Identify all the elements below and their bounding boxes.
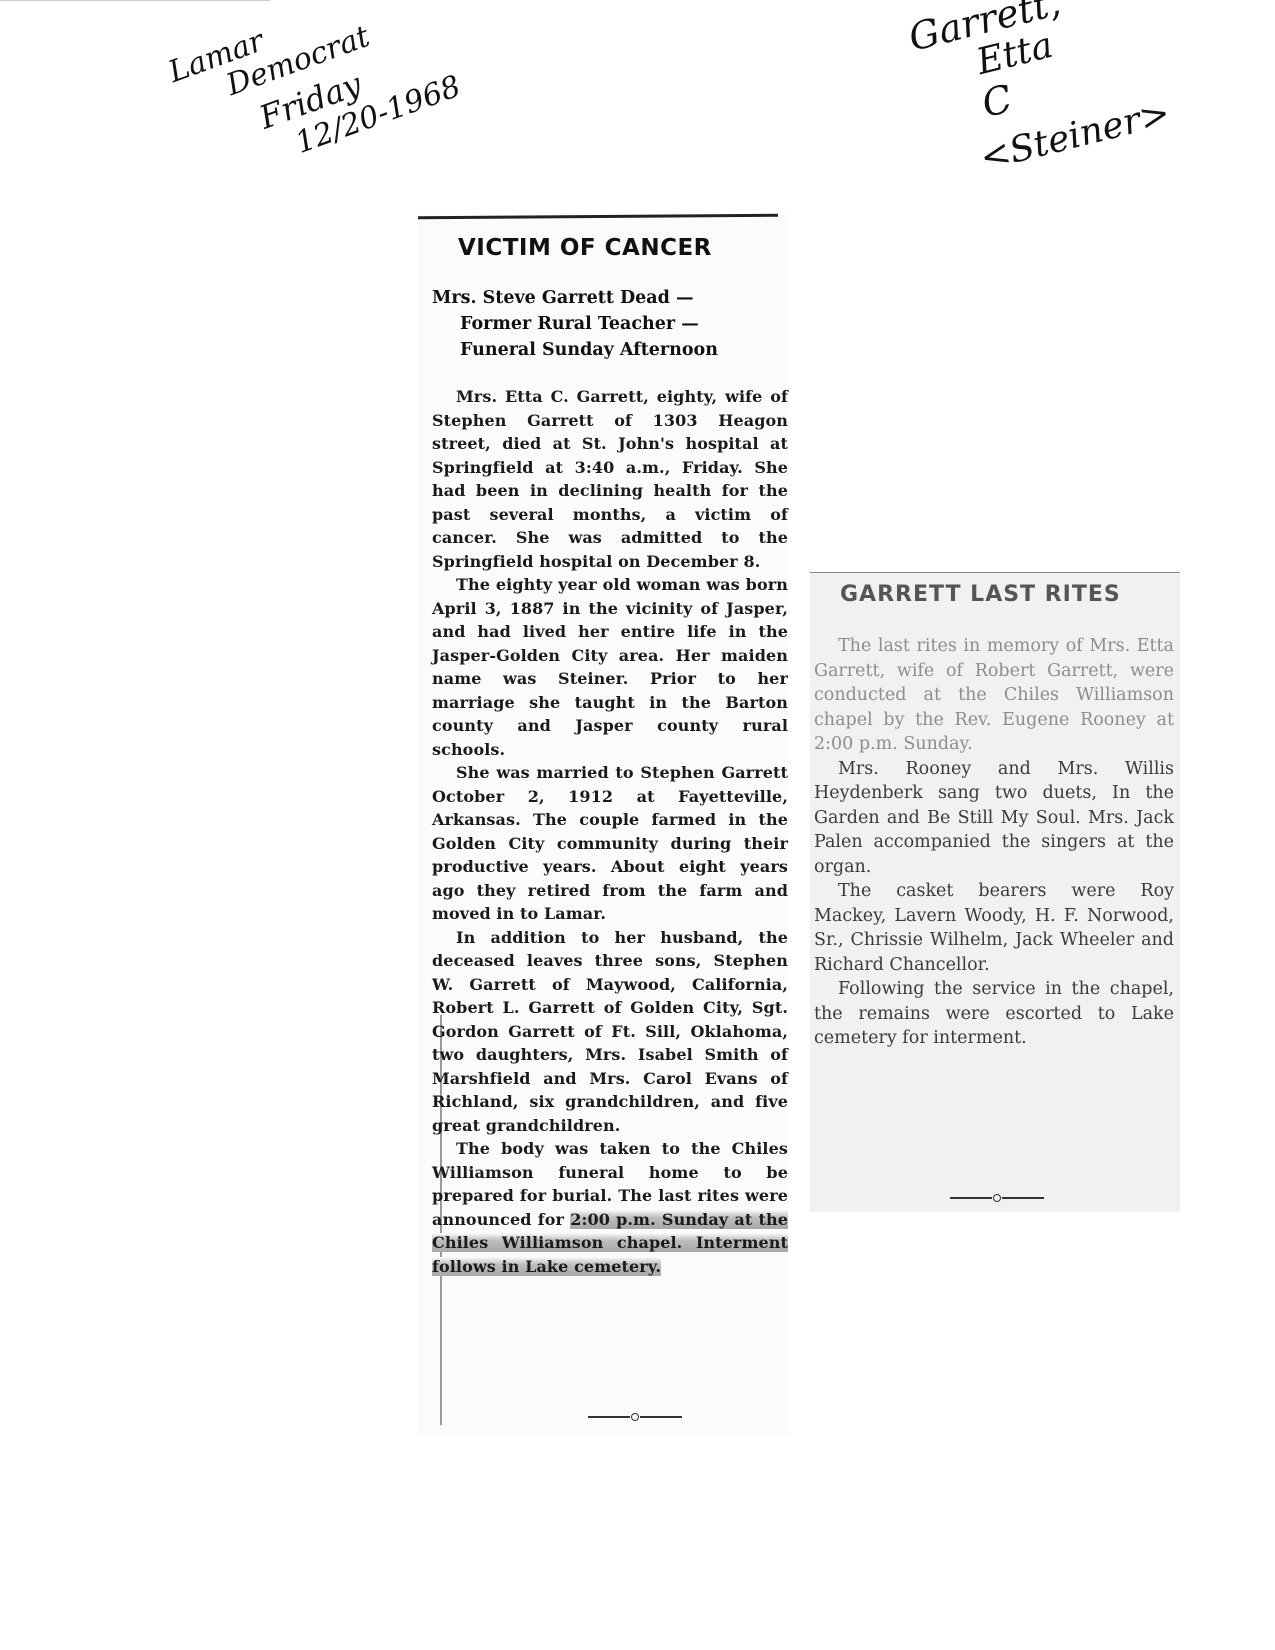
paragraph: Mrs. Etta C. Garrett, eighty, wife of St… [432, 385, 788, 573]
obituary-subheads: Mrs. Steve Garrett Dead — Former Rural T… [432, 285, 772, 363]
top-rule [810, 572, 1180, 573]
paragraph: Mrs. Rooney and Mrs. Willis Heydenberk s… [814, 757, 1174, 880]
scan-edge-line [0, 0, 270, 1]
paragraph: The eighty year old woman was born April… [432, 573, 788, 761]
last-rites-clipping: GARRETT LAST RITES The last rites in mem… [810, 572, 1180, 1212]
subhead-line: Funeral Sunday Afternoon [460, 337, 772, 363]
paragraph: She was married to Stephen Garrett Octob… [432, 761, 788, 926]
paragraph: The body was taken to the Chiles William… [432, 1137, 788, 1278]
paragraph: The casket bearers were Roy Mackey, Lave… [814, 879, 1174, 977]
last-rites-body: The last rites in memory of Mrs. Etta Ga… [814, 634, 1174, 1051]
subhead-line: Mrs. Steve Garrett Dead — [432, 285, 772, 311]
end-mark [588, 1413, 682, 1421]
obituary-clipping: VICTIM OF CANCER Mrs. Steve Garrett Dead… [418, 215, 788, 1435]
paragraph: Following the service in the chapel, the… [814, 977, 1174, 1051]
obituary-body: Mrs. Etta C. Garrett, eighty, wife of St… [432, 385, 788, 1278]
subhead-line: Former Rural Teacher — [460, 311, 772, 337]
handwritten-subject-note: Garrett, Etta C <Steiner> [905, 0, 1174, 187]
handwritten-source-note: Lamar Democrat Friday 12/20-1968 [165, 0, 465, 192]
obituary-headline: VICTIM OF CANCER [458, 235, 712, 261]
paragraph: In addition to her husband, the deceased… [432, 926, 788, 1138]
top-rule [418, 214, 778, 220]
end-mark [950, 1194, 1044, 1202]
last-rites-headline: GARRETT LAST RITES [840, 582, 1121, 607]
paragraph: The last rites in memory of Mrs. Etta Ga… [814, 634, 1174, 757]
